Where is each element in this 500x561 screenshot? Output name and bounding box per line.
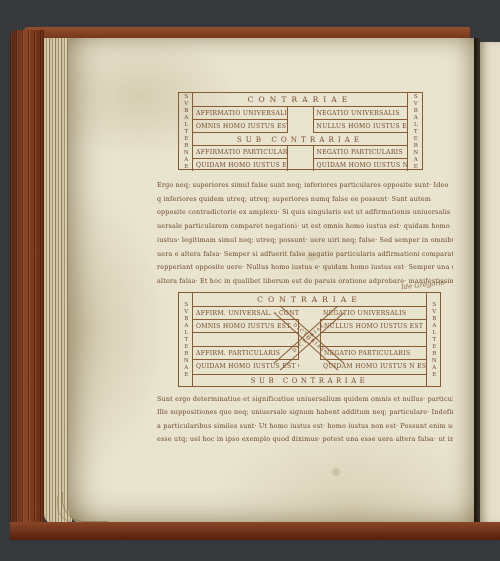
table-cell-affirmatio-universalis: AFFIRMATIO UNIVERSALIS <box>193 107 287 120</box>
table-footer-subcontrariae: SUB CONTRARIAE <box>193 374 426 387</box>
table-header-subcontrariae: SUB CONTRARIAE <box>193 133 407 146</box>
table-cell-empty <box>320 333 426 347</box>
table-cell-affirmatio-particularis: AFFIRMATIO PARTICULARIS <box>193 146 287 159</box>
paragraph-block-upper: Ergo neq; superiores simul false sunt ne… <box>157 179 453 289</box>
opposition-table-lower: SVBALTERNAE CONTRARIAE AFFIRM. UNIVERSAL… <box>178 292 441 387</box>
vertical-label-subalternae-left: SVBALTERNAE <box>179 293 193 387</box>
page-corner-curl <box>57 496 97 523</box>
table-header-contrariae: CONTRARIAE <box>193 93 407 107</box>
photo-background: SVBALTERNAE CONTRARIAE AFFIRMATIO UNIVER… <box>0 0 500 561</box>
paragraph-block-lower: Sunt ergo determinatiue et significatiue… <box>157 393 453 447</box>
book-cover-spine <box>10 30 44 533</box>
vertical-label-text: SVBALTERNAE <box>431 302 437 379</box>
text-line: a particularibus similes sunt· Ut homo i… <box>157 420 453 433</box>
text-line: opposite contradictorie ex amplexu· Si q… <box>157 206 453 220</box>
text-line: Ergo neq; superiores simul false sunt ne… <box>157 179 453 193</box>
vertical-label-subalternae-left: SVBALTERNAE <box>179 93 193 171</box>
table-cell-omnis-homo: OMNIS HOMO IUSTUS EST <box>193 120 287 133</box>
table-spacer-cell <box>287 146 314 171</box>
table-cell-quidam-homo-non: QUIDAM HOMO IUSTUS N EST <box>314 159 408 171</box>
text-line: uera e altera falsa· Semper si adfuerit … <box>157 248 453 262</box>
vertical-label-text: SVBALTERNAE <box>412 94 418 171</box>
parchment-stain <box>332 468 340 476</box>
table-cell-nullus-homo: NULLUS HOMO IUSTUS EST <box>314 120 408 133</box>
table-cell-negatio-particularis: NEGATIO PARTICULARIS <box>314 146 408 159</box>
opposition-table-upper: SVBALTERNAE CONTRARIAE AFFIRMATIO UNIVER… <box>178 92 423 170</box>
table-cell-nullus-homo: NULLUS HOMO IUSTUS EST <box>320 320 426 333</box>
text-line: uersale particularem comparet negationi·… <box>157 220 453 234</box>
facing-page-edge <box>480 42 500 522</box>
text-line: esse utq; uel hoc in ipso exemplo quod d… <box>157 433 453 446</box>
table-header-contrariae: CONTRARIAE <box>193 293 426 307</box>
text-line: repperiant opposite uere· Nullus homo iu… <box>157 261 453 275</box>
vertical-label-text: SVBALTERNAE <box>183 94 189 171</box>
text-line: Sunt ergo determinatiue et significatiue… <box>157 393 453 406</box>
vertical-label-subalternae-right: SVBALTERNAE <box>426 293 440 387</box>
text-line: iustus· legitimam simul neq; utreq; poss… <box>157 234 453 248</box>
table-cell-negatio-universalis: NEGATIO UNIVERSALIS <box>314 107 408 120</box>
vertical-label-subalternae-right: SVBALTERNAE <box>407 93 422 171</box>
table-spacer-cell <box>287 107 314 133</box>
vertical-label-text: SVBALTERNAE <box>183 302 189 379</box>
table-cell-quidam-homo: QUIDAM HOMO IUSTUS EST <box>193 159 287 171</box>
text-line: Ille suppositiones que neq; uniuersale s… <box>157 406 453 419</box>
table-cell-empty <box>193 333 299 347</box>
book-cover-bottom-edge <box>10 522 500 540</box>
text-line: q inferiores quidem utreq; utreq; superi… <box>157 193 453 207</box>
